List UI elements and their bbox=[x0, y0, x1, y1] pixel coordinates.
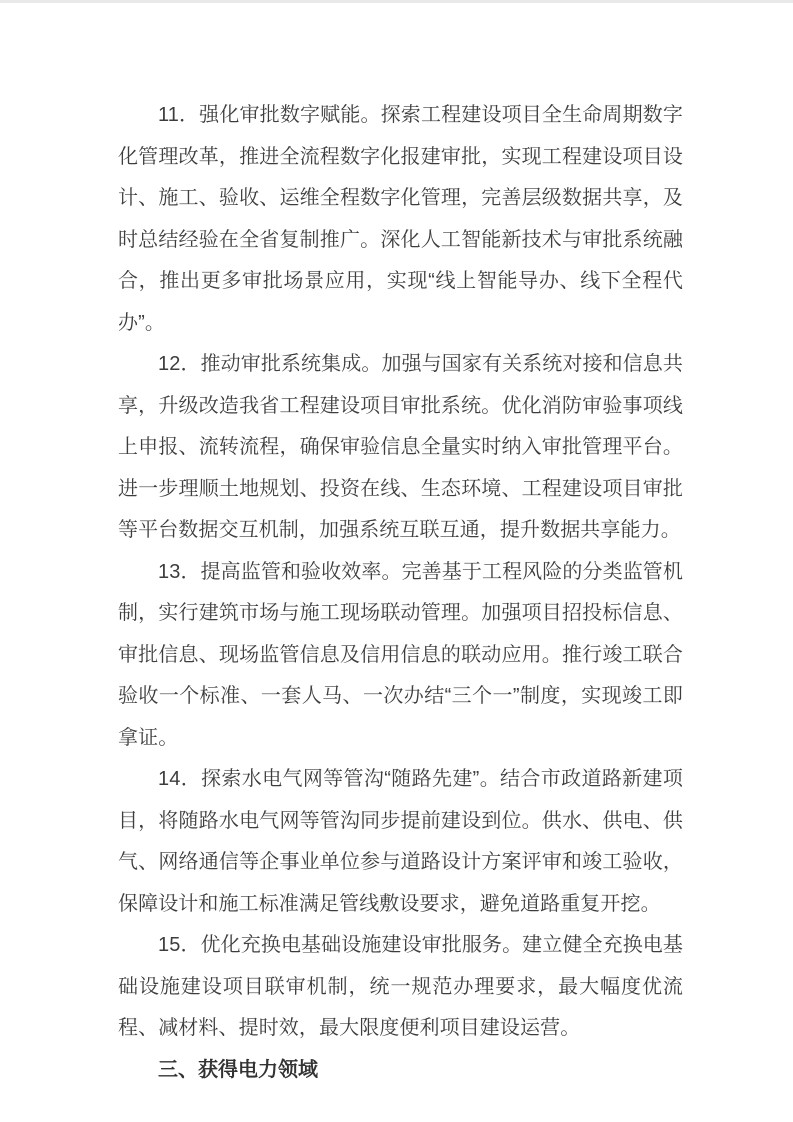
document-page: 11．强化审批数字赋能。探索工程建设项目全生命周期数字化管理改革，推进全流程数字… bbox=[0, 0, 793, 1122]
section-heading-power-supply: 三、获得电力领域 bbox=[118, 1050, 683, 1092]
paragraph-15: 15．优化充换电基础设施建设审批服务。建立健全充换电基础设施建设项目联审机制，统… bbox=[118, 925, 683, 1050]
paragraph-12: 12．推动审批系统集成。加强与国家有关系统对接和信息共享，升级改造我省工程建设项… bbox=[118, 344, 683, 552]
paragraph-14: 14．探索水电气网等管沟“随路先建”。结合市政道路新建项目，将随路水电气网等管沟… bbox=[118, 759, 683, 925]
page-top-edge bbox=[0, 0, 793, 3]
paragraph-11: 11．强化审批数字赋能。探索工程建设项目全生命周期数字化管理改革，推进全流程数字… bbox=[118, 95, 683, 344]
paragraph-13: 13．提高监管和验收效率。完善基于工程风险的分类监管机制，实行建筑市场与施工现场… bbox=[118, 552, 683, 760]
